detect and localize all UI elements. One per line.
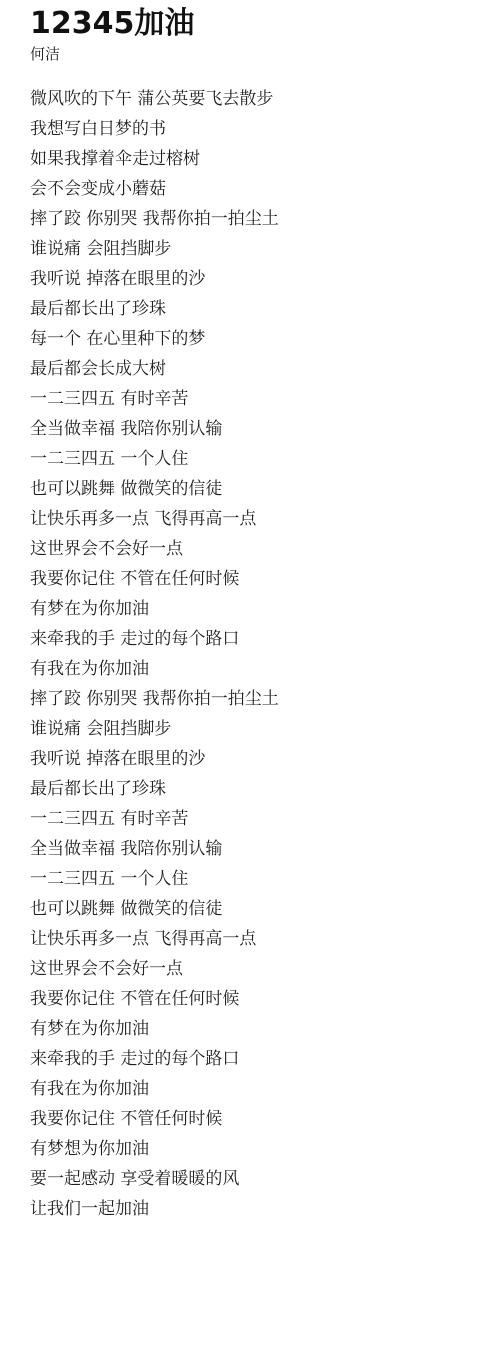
lyric-line: 摔了跤 你别哭 我帮你拍一拍尘土 (30, 204, 480, 234)
lyric-line: 摔了跤 你别哭 我帮你拍一拍尘土 (30, 684, 480, 714)
lyric-line: 我要你记住 不管在任何时候 (30, 984, 480, 1014)
lyric-line: 最后都长出了珍珠 (30, 774, 480, 804)
lyric-line: 一二三四五 一个人住 (30, 864, 480, 894)
lyric-line: 会不会变成小蘑菇 (30, 174, 480, 204)
lyric-line: 也可以跳舞 做微笑的信徒 (30, 474, 480, 504)
lyric-line: 我听说 掉落在眼里的沙 (30, 264, 480, 294)
lyric-line: 一二三四五 有时辛苦 (30, 384, 480, 414)
song-title: 12345加油 (30, 6, 480, 42)
lyrics-body: 微风吹的下午 蒲公英要飞去散步我想写白日梦的书如果我撑着伞走过榕树会不会变成小蘑… (30, 84, 480, 1224)
lyric-line: 有梦在为你加油 (30, 594, 480, 624)
lyric-line: 有梦在为你加油 (30, 1014, 480, 1044)
lyric-line: 这世界会不会好一点 (30, 954, 480, 984)
lyric-line: 每一个 在心里种下的梦 (30, 324, 480, 354)
lyric-line: 也可以跳舞 做微笑的信徒 (30, 894, 480, 924)
lyric-line: 我要你记住 不管任何时候 (30, 1104, 480, 1134)
lyric-line: 一二三四五 一个人住 (30, 444, 480, 474)
lyric-line: 我要你记住 不管在任何时候 (30, 564, 480, 594)
artist-name: 何洁 (30, 44, 480, 64)
lyric-line: 来牵我的手 走过的每个路口 (30, 1044, 480, 1074)
lyric-line: 来牵我的手 走过的每个路口 (30, 624, 480, 654)
lyric-line: 有梦想为你加油 (30, 1134, 480, 1164)
lyric-line: 最后都长出了珍珠 (30, 294, 480, 324)
lyric-line: 有我在为你加油 (30, 654, 480, 684)
lyric-line: 要一起感动 享受着暖暖的风 (30, 1164, 480, 1194)
lyric-line: 让快乐再多一点 飞得再高一点 (30, 924, 480, 954)
lyric-line: 谁说痛 会阻挡脚步 (30, 714, 480, 744)
lyric-line: 让快乐再多一点 飞得再高一点 (30, 504, 480, 534)
lyric-line: 有我在为你加油 (30, 1074, 480, 1104)
lyric-line: 让我们一起加油 (30, 1194, 480, 1224)
lyric-line: 全当做幸福 我陪你别认输 (30, 414, 480, 444)
lyric-line: 这世界会不会好一点 (30, 534, 480, 564)
lyric-line: 最后都会长成大树 (30, 354, 480, 384)
lyric-line: 一二三四五 有时辛苦 (30, 804, 480, 834)
lyric-line: 全当做幸福 我陪你别认输 (30, 834, 480, 864)
lyric-line: 我听说 掉落在眼里的沙 (30, 744, 480, 774)
lyric-line: 我想写白日梦的书 (30, 114, 480, 144)
lyric-line: 谁说痛 会阻挡脚步 (30, 234, 480, 264)
lyrics-page: 12345加油 何洁 微风吹的下午 蒲公英要飞去散步我想写白日梦的书如果我撑着伞… (0, 0, 500, 1224)
lyric-line: 微风吹的下午 蒲公英要飞去散步 (30, 84, 480, 114)
lyric-line: 如果我撑着伞走过榕树 (30, 144, 480, 174)
